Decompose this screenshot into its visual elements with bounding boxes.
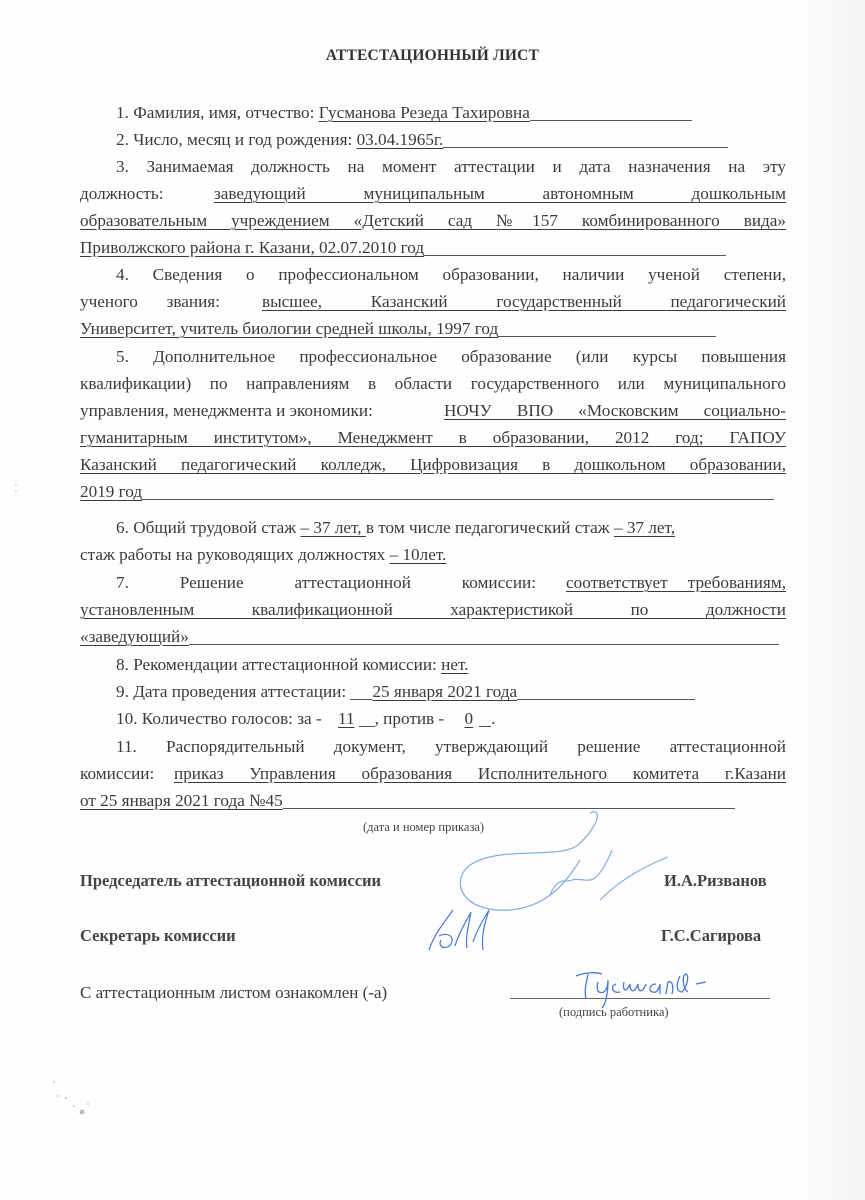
blank-line — [359, 725, 375, 727]
item-8-value: нет. — [441, 655, 468, 674]
item-5-value-text: 2019 год — [80, 482, 142, 501]
item-3-value-line-4: Приволжского района г. Казани, 02.07.201… — [80, 236, 786, 260]
item-5-value-line-5: Казанский педагогический колледж, Цифров… — [80, 453, 786, 477]
secretary-label: Секретарь комиссии — [80, 926, 236, 946]
document-title: АТТЕСТАЦИОННЫЙ ЛИСТ — [0, 47, 865, 65]
item-2-birth-date: 2. Число, месяц и год рождения: 03.04.19… — [116, 128, 786, 152]
employee-signature-icon — [572, 966, 722, 1010]
item-4-value-text: Университет, учитель биологии средней шк… — [80, 319, 498, 338]
item-5-line-3: управления, менеджмента и экономики: НОЧ… — [80, 399, 786, 423]
item-3-value-line-2: заведующий муниципальным автономным дошк… — [214, 182, 786, 206]
blank-line — [350, 698, 372, 700]
item-6-label-total: 6. Общий трудовой стаж — [116, 518, 300, 537]
secretary-signature-icon — [425, 902, 505, 954]
scan-artifact-icon — [44, 1076, 114, 1126]
blank-line — [530, 119, 692, 121]
item-11-line-2: комиссии: приказ Управления образования … — [80, 762, 786, 786]
item-4-education-label: 4. Сведения о профессиональном образован… — [116, 263, 786, 287]
item-7-label: 7. Решение аттестационной комиссии: — [116, 571, 536, 595]
secretary-name: Г.С.Сагирова — [661, 926, 761, 946]
item-5-label-line-2: квалификации) по направлениям в области … — [80, 372, 786, 396]
blank-line — [517, 698, 695, 700]
blank-line — [479, 725, 491, 727]
item-7-value-line-1: соответствует требованиям, — [566, 571, 786, 595]
item-3-label: должность: — [80, 184, 164, 203]
item-10-label: 10. Количество голосов: за - — [116, 709, 326, 728]
item-7-decision: 7. Решение аттестационной комиссии: соот… — [116, 571, 786, 595]
item-9-attestation-date: 9. Дата проведения аттестации: 25 января… — [116, 680, 786, 704]
item-4-value-line-2: высшее, Казанский государственный педаго… — [262, 290, 786, 314]
blank-line — [443, 146, 728, 148]
item-11-value-line-3: от 25 января 2021 года №45 — [80, 789, 786, 813]
item-6-label-pedagogical: в том числе педагогический стаж — [366, 518, 614, 537]
item-4-label: ученого звания: — [80, 290, 220, 314]
item-3-value-text: Приволжского района г. Казани, 02.07.201… — [80, 238, 424, 257]
page-edge-shadow — [807, 0, 865, 1200]
item-10-votes-against: 0 — [448, 709, 479, 728]
item-6-label-management: стаж работы на руководящих должностях — [80, 545, 390, 564]
item-10-label-against: , против - — [375, 709, 449, 728]
item-6-value-management: – 10лет. — [390, 545, 447, 564]
item-2-value: 03.04.1965г. — [357, 130, 444, 149]
item-11-order-label: 11. Распорядительный документ, утверждаю… — [116, 735, 786, 759]
item-8-label: 8. Рекомендации аттестационной комиссии: — [116, 655, 441, 674]
item-4-value-line-3: Университет, учитель биологии средней шк… — [80, 317, 786, 341]
scan-artifact-icon — [12, 482, 22, 502]
item-1-full-name: 1. Фамилия, имя, отчество: Гусманова Рез… — [116, 101, 786, 125]
item-3-value-line-3: образовательным учреждением «Детский сад… — [80, 209, 786, 233]
item-6-value-pedagogical: – 37 лет, — [614, 518, 675, 537]
item-6-management-experience: стаж работы на руководящих должностях – … — [80, 543, 786, 567]
item-5-label-line-3: управления, менеджмента и экономики: — [80, 401, 373, 420]
item-11-value-line-2: приказ Управления образования Исполнител… — [174, 762, 786, 786]
item-11-value-text: от 25 января 2021 года №45 — [80, 791, 283, 810]
item-5-value-line-3: НОЧУ ВПО «Московским социально- — [444, 399, 786, 423]
item-4-line-2: ученого звания: высшее, Казанский госуда… — [80, 290, 786, 314]
item-7-value-line-2: установленным квалификационной характери… — [80, 598, 786, 622]
item-7-value-text: «заведующий» — [80, 627, 189, 646]
item-5-value-line-4: гуманитарным институтом», Менеджмент в о… — [80, 426, 786, 450]
item-9-value: 25 января 2021 года — [372, 682, 517, 701]
item-10-votes: 10. Количество голосов: за - 11, против … — [116, 707, 786, 731]
item-10-period: . — [491, 709, 495, 728]
blank-line — [142, 498, 774, 500]
chair-name: И.А.Ризванов — [664, 871, 767, 891]
item-1-value: Гусманова Резеда Тахировна — [319, 103, 530, 122]
item-10-votes-for: 11 — [326, 709, 359, 728]
blank-line — [189, 643, 779, 645]
item-7-value-line-3: «заведующий» — [80, 625, 786, 649]
item-1-label: 1. Фамилия, имя, отчество: — [116, 103, 319, 122]
item-6-work-experience: 6. Общий трудовой стаж – 37 лет, в том ч… — [116, 516, 786, 540]
item-5-additional-education-label: 5. Дополнительное профессиональное образ… — [116, 345, 786, 369]
item-5-value-line-6: 2019 год — [80, 480, 786, 504]
item-6-value-total: – 37 лет, — [300, 518, 365, 537]
chair-label: Председатель аттестационной комиссии — [80, 871, 381, 891]
item-8-recommendations: 8. Рекомендации аттестационной комиссии:… — [116, 653, 786, 677]
item-3-position-label: 3. Занимаемая должность на момент аттест… — [116, 155, 786, 179]
item-3-line-2: должность: заведующий муниципальным авто… — [80, 182, 786, 206]
blank-line — [498, 335, 716, 337]
item-2-label: 2. Число, месяц и год рождения: — [116, 130, 357, 149]
item-11-label-line-2: комиссии: — [80, 764, 154, 783]
blank-line — [424, 254, 726, 256]
item-9-label: 9. Дата проведения аттестации: — [116, 682, 350, 701]
